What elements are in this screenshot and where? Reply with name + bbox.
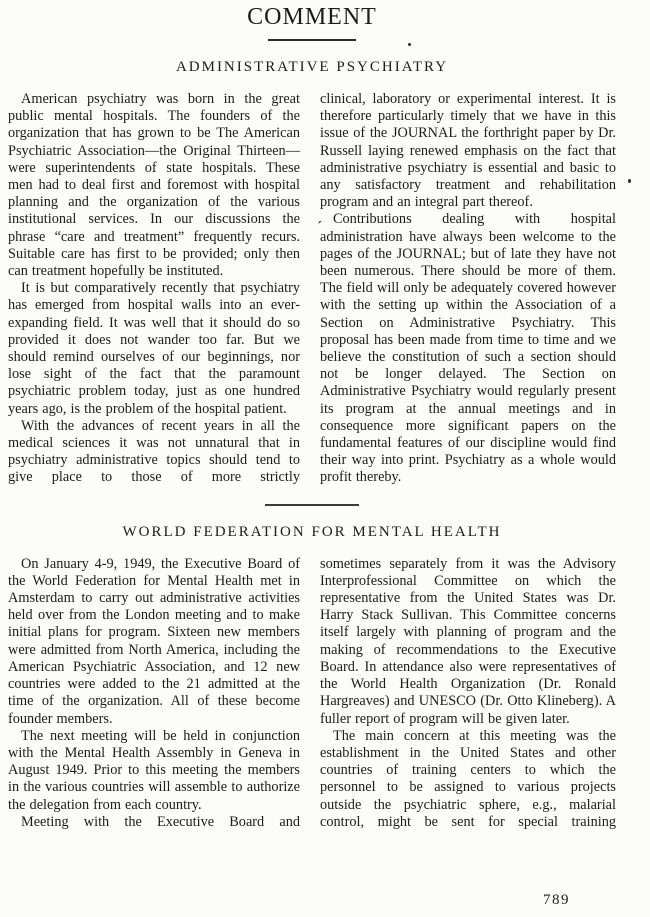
right-column: clinical, laboratory or experimental int… bbox=[320, 91, 616, 487]
section-world-federation: WORLD FEDERATION FOR MENTAL HEALTH On Ja… bbox=[8, 523, 616, 831]
right-column: sometimes separately from it was the Adv… bbox=[320, 556, 616, 831]
journal-page: COMMENT ADMINISTRATIVE PSYCHIATRY Americ… bbox=[8, 4, 616, 831]
paragraph: It is but comparatively recently that ps… bbox=[8, 280, 300, 418]
section-administrative-psychiatry: ADMINISTRATIVE PSYCHIATRY American psych… bbox=[8, 58, 616, 487]
scan-accent-artifact: ´ bbox=[317, 219, 322, 237]
left-column: On January 4-9, 1949, the Executive Boar… bbox=[8, 556, 300, 831]
title-divider-rule bbox=[268, 39, 356, 41]
page-number: 789 bbox=[543, 892, 570, 909]
paragraph: The next meeting will be held in conjunc… bbox=[8, 728, 300, 814]
paragraph: Meeting with the Executive Board and bbox=[8, 814, 300, 831]
two-column-text: American psychiatry was born in the grea… bbox=[8, 91, 616, 487]
paragraph: Contributions dealing with hospital admi… bbox=[320, 211, 616, 486]
paragraph: On January 4-9, 1949, the Executive Boar… bbox=[8, 556, 300, 728]
left-column: American psychiatry was born in the grea… bbox=[8, 91, 300, 487]
paragraph: clinical, laboratory or experimental int… bbox=[320, 91, 616, 211]
paragraph: sometimes separately from it was the Adv… bbox=[320, 556, 616, 728]
section-divider-rule bbox=[265, 504, 359, 506]
section-heading: ADMINISTRATIVE PSYCHIATRY bbox=[8, 58, 616, 76]
page-title: COMMENT bbox=[8, 4, 616, 31]
section-heading: WORLD FEDERATION FOR MENTAL HEALTH bbox=[8, 523, 616, 541]
two-column-text: On January 4-9, 1949, the Executive Boar… bbox=[8, 556, 616, 831]
paragraph: American psychiatry was born in the grea… bbox=[8, 91, 300, 280]
scan-speck bbox=[628, 179, 631, 183]
paragraph: The main concern at this meeting was the… bbox=[320, 728, 616, 831]
paragraph: With the advances of recent years in all… bbox=[8, 418, 300, 487]
scan-speck bbox=[408, 43, 411, 46]
